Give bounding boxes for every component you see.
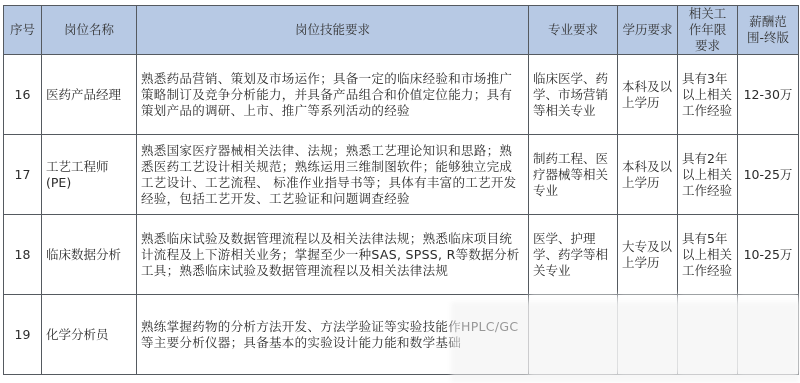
table-row: 17 工艺工程师(PE) 熟悉国家医疗器械相关法律、法规；熟悉工艺理论知识和思路… — [4, 135, 799, 215]
header-skills: 岗位技能要求 — [137, 6, 529, 55]
row-major: 医学、护理学、药学等相关专业 — [529, 215, 618, 295]
header-index: 序号 — [4, 6, 42, 55]
row-major: 制药工程、医疗器械等相关专业 — [529, 135, 618, 215]
row-salary: 10-25万 — [738, 215, 799, 295]
header-major: 专业要求 — [529, 6, 618, 55]
row-experience: 具有5年以上相关工作经验 — [678, 215, 738, 295]
row-index: 18 — [4, 215, 42, 295]
row-position: 医药产品经理 — [42, 55, 137, 135]
table-row: 19 化学分析员 熟练掌握药物的分析方法开发、方法学验证等实验技能作HPLC/G… — [4, 295, 799, 375]
row-skills: 熟练掌握药物的分析方法开发、方法学验证等实验技能作HPLC/GC等主要分析仪器；… — [137, 295, 529, 375]
row-index: 17 — [4, 135, 42, 215]
row-position: 化学分析员 — [42, 295, 137, 375]
header-salary: 薪酬范围-终版 — [738, 6, 799, 55]
row-position: 临床数据分析 — [42, 215, 137, 295]
table-row: 18 临床数据分析 熟悉临床试验及数据管理流程以及相关法律法规；熟悉临床项目统计… — [4, 215, 799, 295]
header-experience: 相关工作年限要求 — [678, 6, 738, 55]
table-row: 16 医药产品经理 熟悉药品营销、策划及市场运作；具备一定的临床经验和市场推广策… — [4, 55, 799, 135]
row-education: 大专及以上学历 — [618, 215, 678, 295]
row-experience-obscured — [678, 295, 738, 375]
row-experience: 具有3年以上相关工作经验 — [678, 55, 738, 135]
row-index: 19 — [4, 295, 42, 375]
job-requirements-table: 序号 岗位名称 岗位技能要求 专业要求 学历要求 相关工作年限要求 薪酬范围-终… — [3, 5, 799, 375]
row-experience: 具有2年以上相关工作经验 — [678, 135, 738, 215]
row-salary: 12-30万 — [738, 55, 799, 135]
row-major: 临床医学、药学、市场营销等相关专业 — [529, 55, 618, 135]
row-index: 16 — [4, 55, 42, 135]
row-skills: 熟悉国家医疗器械相关法律、法规；熟悉工艺理论知识和思路；熟悉医药工艺设计相关规范… — [137, 135, 529, 215]
row-education-obscured — [618, 295, 678, 375]
header-education: 学历要求 — [618, 6, 678, 55]
row-position: 工艺工程师(PE) — [42, 135, 137, 215]
header-position: 岗位名称 — [42, 6, 137, 55]
row-skills: 熟悉药品营销、策划及市场运作；具备一定的临床经验和市场推广策略制订及竞争分析能力… — [137, 55, 529, 135]
row-skills: 熟悉临床试验及数据管理流程以及相关法律法规；熟悉临床项目统计流程及上下游相关业务… — [137, 215, 529, 295]
row-salary-obscured — [738, 295, 799, 375]
row-major-obscured — [529, 295, 618, 375]
row-salary: 10-25万 — [738, 135, 799, 215]
header-row: 序号 岗位名称 岗位技能要求 专业要求 学历要求 相关工作年限要求 薪酬范围-终… — [4, 6, 799, 55]
row-education: 本科及以上学历 — [618, 135, 678, 215]
row-education: 本科及以上学历 — [618, 55, 678, 135]
